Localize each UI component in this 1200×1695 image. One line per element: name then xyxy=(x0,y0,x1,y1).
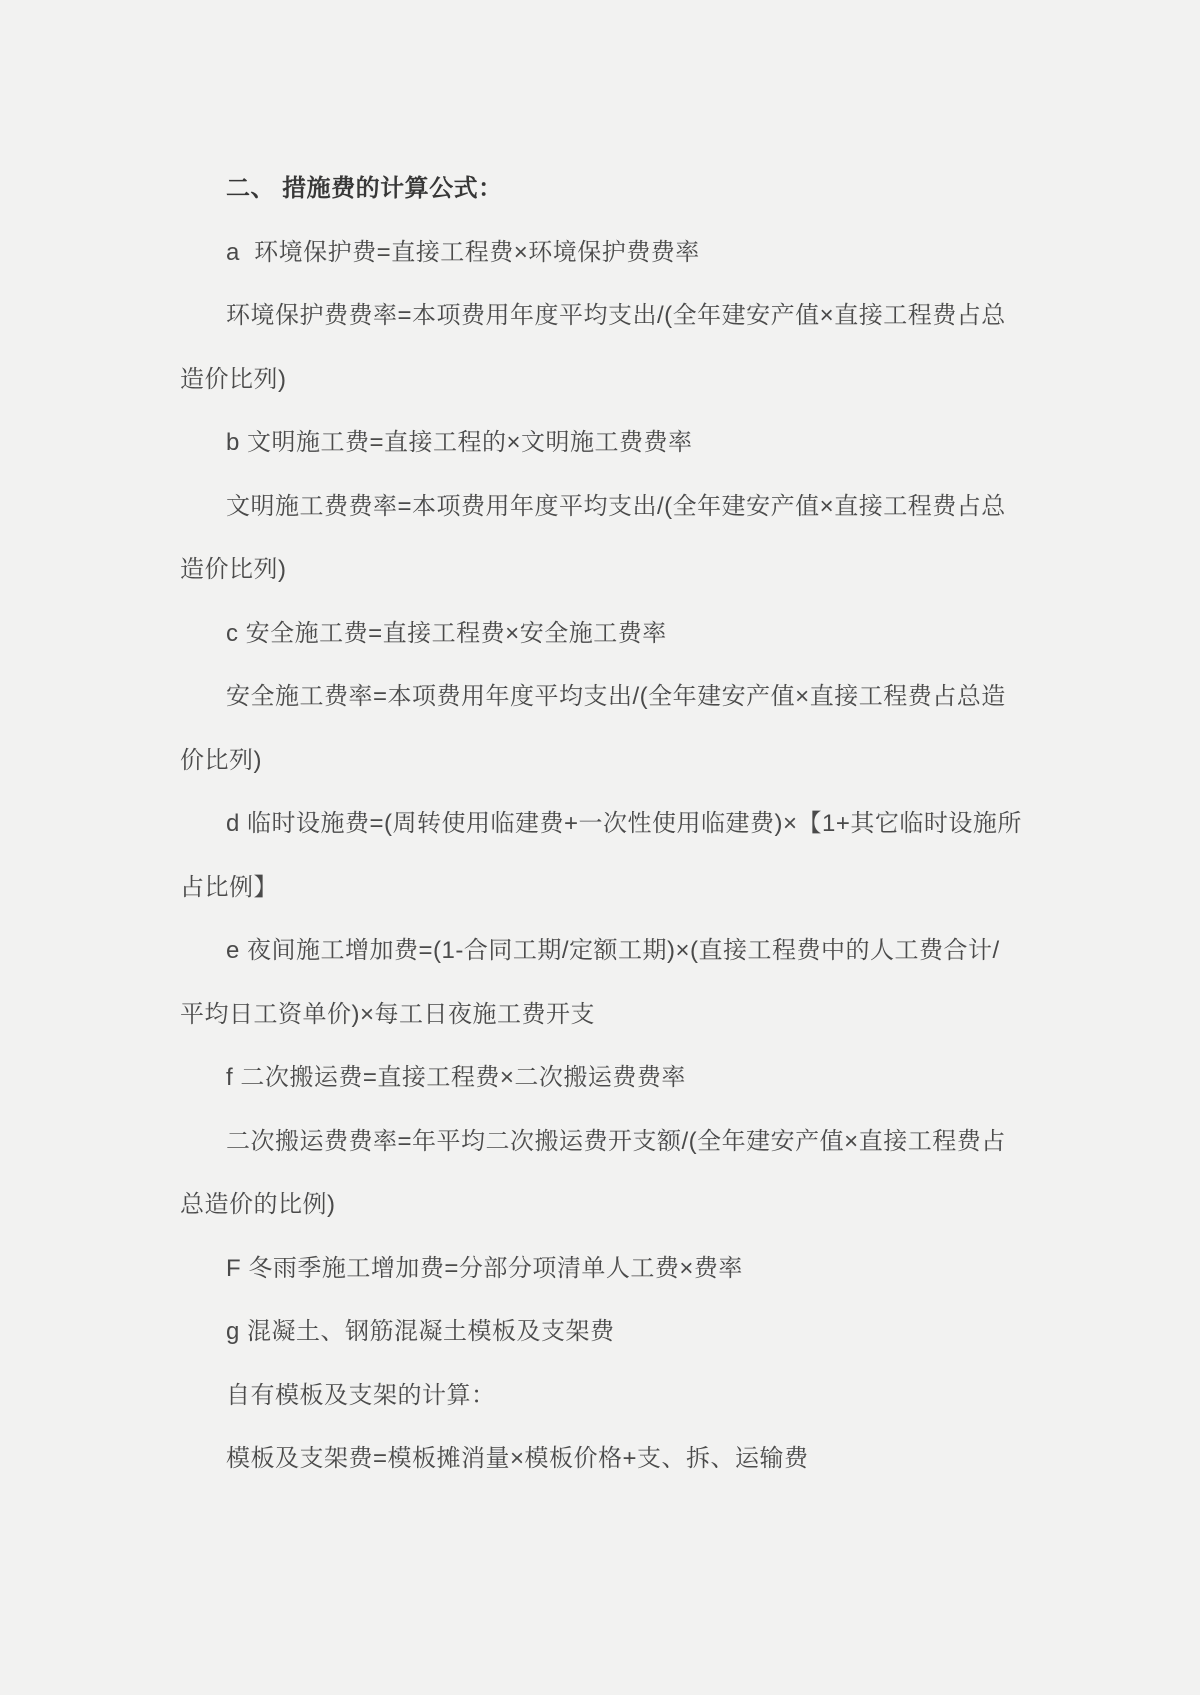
text-line: c 安全施工费=直接工程费×安全施工费率 xyxy=(180,602,1036,666)
text-line: e 夜间施工增加费=(1-合同工期/定额工期)×(直接工程费中的人工费合计/ xyxy=(180,919,1036,983)
text-line: f 二次搬运费=直接工程费×二次搬运费费率 xyxy=(180,1046,1036,1110)
text-line: F 冬雨季施工增加费=分部分项清单人工费×费率 xyxy=(180,1237,1036,1301)
text-line: 自有模板及支架的计算： xyxy=(180,1364,1036,1428)
text-line: g 混凝土、钢筋混凝土模板及支架费 xyxy=(180,1300,1036,1364)
text-line: b 文明施工费=直接工程的×文明施工费费率 xyxy=(180,411,1036,475)
document-body: 二、 措施费的计算公式： a 环境保护费=直接工程费×环境保护费费率环境保护费费… xyxy=(180,157,1036,1491)
text-line: d 临时设施费=(周转使用临建费+一次性使用临建费)×【1+其它临时设施所 xyxy=(180,792,1036,856)
text-line: 模板及支架费=模板摊消量×模板价格+支、拆、运输费 xyxy=(180,1427,1036,1491)
text-line: 占比例】 xyxy=(180,856,1036,920)
text-line: 环境保护费费率=本项费用年度平均支出/(全年建安产值×直接工程费占总 xyxy=(180,284,1036,348)
text-line: a 环境保护费=直接工程费×环境保护费费率 xyxy=(180,221,1036,285)
paragraphs-container: a 环境保护费=直接工程费×环境保护费费率环境保护费费率=本项费用年度平均支出/… xyxy=(180,221,1036,1491)
text-line: 安全施工费率=本项费用年度平均支出/(全年建安产值×直接工程费占总造 xyxy=(180,665,1036,729)
text-line: 造价比列) xyxy=(180,348,1036,412)
text-line: 平均日工资单价)×每工日夜施工费开支 xyxy=(180,983,1036,1047)
section-heading: 二、 措施费的计算公式： xyxy=(180,157,1036,221)
text-line: 文明施工费费率=本项费用年度平均支出/(全年建安产值×直接工程费占总 xyxy=(180,475,1036,539)
text-line: 二次搬运费费率=年平均二次搬运费开支额/(全年建安产值×直接工程费占 xyxy=(180,1110,1036,1174)
text-line: 总造价的比例) xyxy=(180,1173,1036,1237)
text-line: 价比列) xyxy=(180,729,1036,793)
text-line: 造价比列) xyxy=(180,538,1036,602)
